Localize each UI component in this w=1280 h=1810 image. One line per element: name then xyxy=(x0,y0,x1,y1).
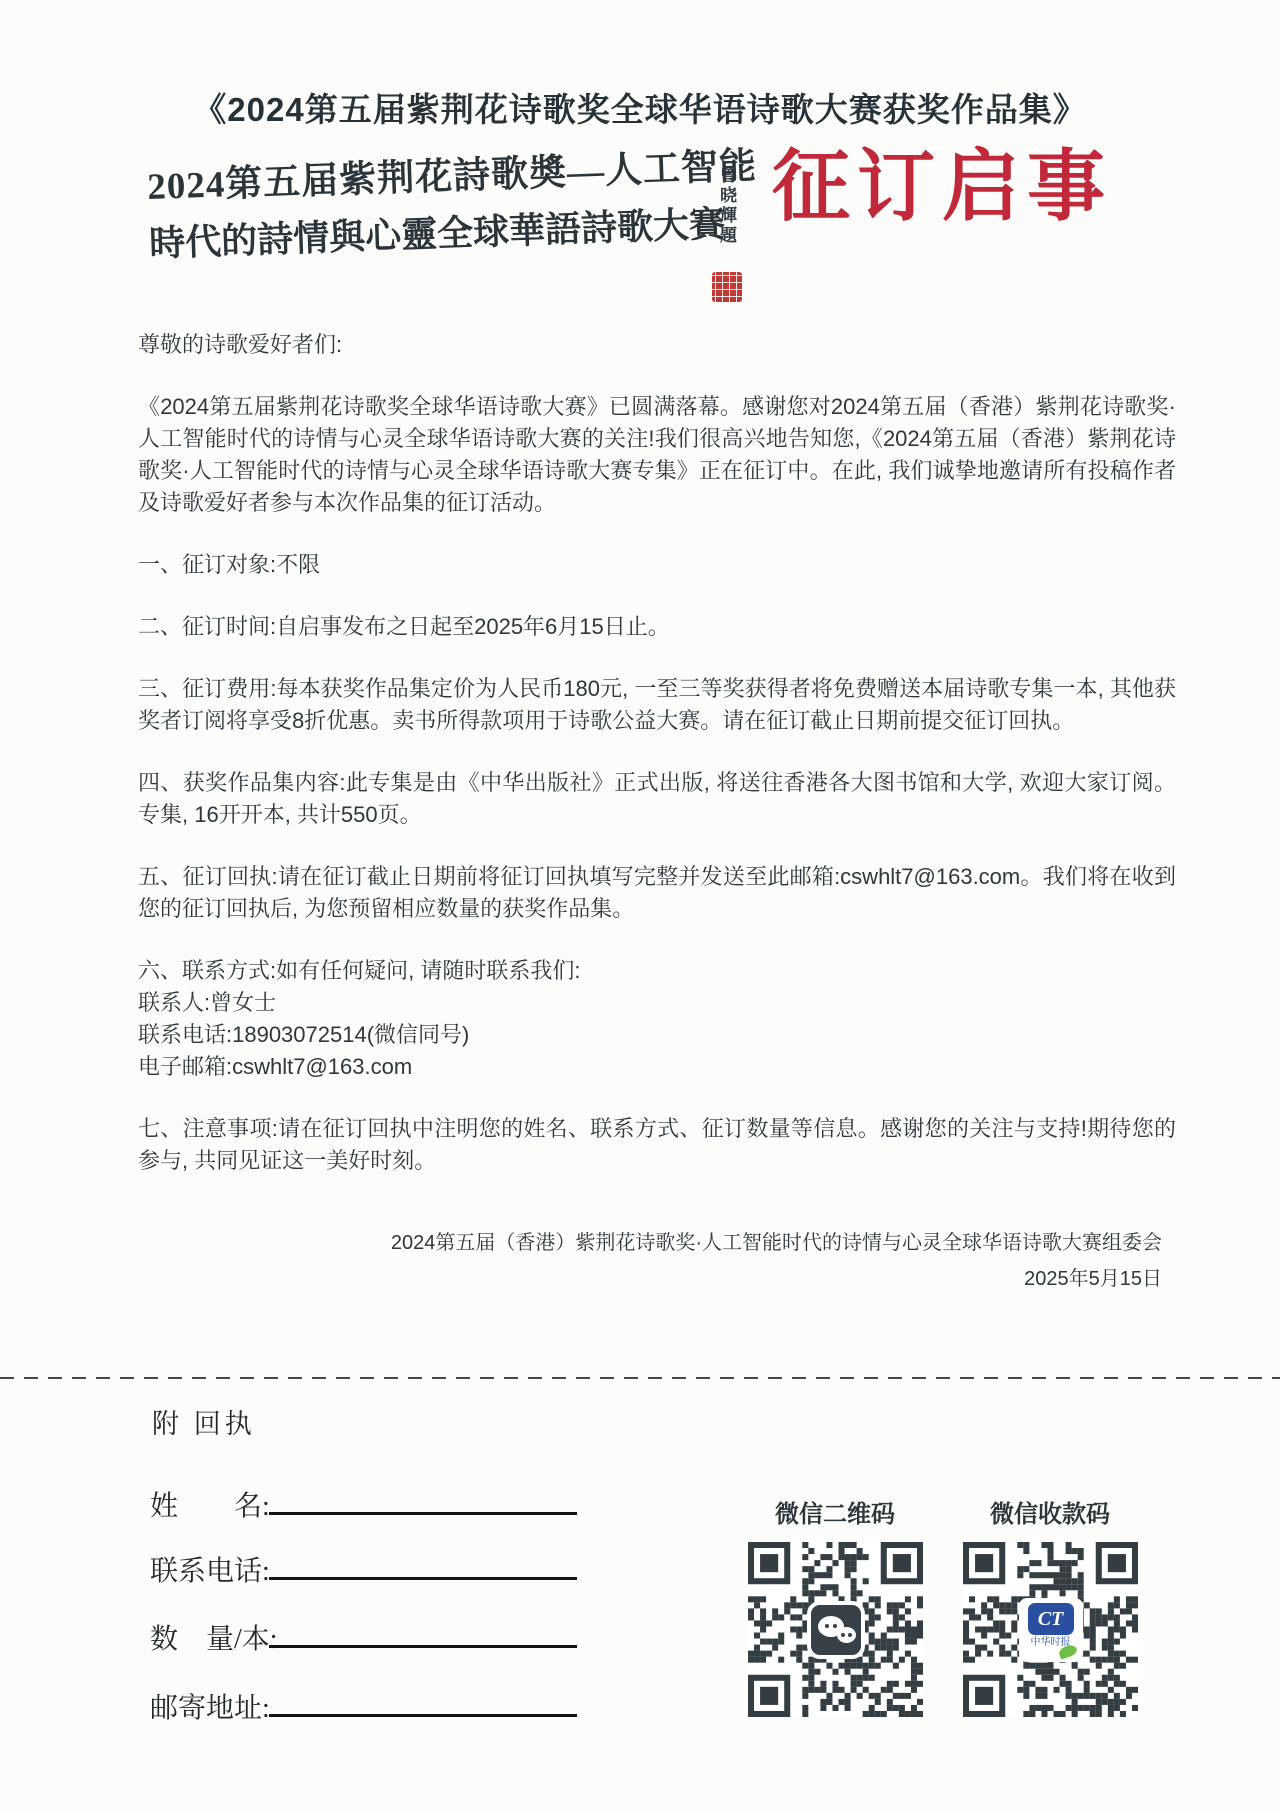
contact-phone: 联系电话:18903072514(微信同号) xyxy=(138,1019,1176,1051)
item-5-reply: 五、征订回执:请在征订截止日期前将征订回执填写完整并发送至此邮箱:cswhlt7… xyxy=(138,861,1176,925)
form-row-address: 邮寄地址: xyxy=(150,1686,620,1722)
item-7-notes: 七、注意事项:请在征订回执中注明您的姓名、联系方式、征订数量等信息。感谢您的关注… xyxy=(138,1113,1176,1177)
item-6-contact-block: 六、联系方式:如有任何疑问, 请随时联系我们: 联系人:曾女士 联系电话:189… xyxy=(138,955,1176,1083)
intro-paragraph: 《2024第五届紫荆花诗歌奖全球华语诗歌大赛》已圆满落幕。感谢您对2024第五届… xyxy=(138,391,1176,519)
address-field-label: 邮寄地址: xyxy=(150,1686,270,1726)
calligrapher-signature: 曾晓輝題 xyxy=(714,166,739,268)
sign-off-date: 2025年5月15日 xyxy=(138,1261,1162,1297)
item-2-deadline: 二、征订时间:自启事发布之日起至2025年6月15日止。 xyxy=(138,611,1176,643)
committee-name: 2024第五届（香港）紫荆花诗歌奖·人工智能时代的诗情与心灵全球华语诗歌大赛组委… xyxy=(138,1225,1162,1261)
greeting: 尊敬的诗歌爱好者们: xyxy=(138,329,1176,361)
item-3-price: 三、征订费用:每本获奖作品集定价为人民币180元, 一至三等奖获得者将免费赠送本… xyxy=(138,673,1176,737)
form-row-phone: 联系电话: xyxy=(150,1549,620,1585)
ct-media-logo-icon: CT 中华时报 xyxy=(1019,1598,1083,1662)
wechat-qr-label: 微信二维码 xyxy=(747,1494,923,1529)
form-row-quantity: 数 量/本: xyxy=(150,1617,620,1653)
phone-field-blank-line[interactable] xyxy=(269,1577,577,1580)
form-row-name: 姓 名: xyxy=(150,1484,620,1520)
contact-email: 电子邮箱:cswhlt7@163.com xyxy=(138,1051,1176,1083)
address-field-blank-line[interactable] xyxy=(269,1714,577,1717)
calligraphy-banner: 2024第五届紫荆花詩歌奬—人工智能 時代的詩情與心靈全球華語詩歌大賽 xyxy=(146,136,725,267)
quantity-field-blank-line[interactable] xyxy=(269,1645,577,1648)
wechat-bubble-small xyxy=(837,1627,856,1643)
calligrapher-seal-stamp-icon xyxy=(712,272,742,302)
tear-off-dashed-divider xyxy=(0,1377,1280,1379)
contact-person: 联系人:曾女士 xyxy=(138,987,1176,1019)
ct-logo-text: CT xyxy=(1028,1603,1074,1635)
notice-document-page: 《2024第五届紫荆花诗歌奖全球华语诗歌大赛获奖作品集》 2024第五届紫荆花詩… xyxy=(0,0,1280,1810)
wechat-payment-qr-code: CT 中华时报 xyxy=(963,1542,1138,1717)
reply-slip-title: 附 回执 xyxy=(152,1402,256,1441)
book-title: 《2024第五届紫荆花诗歌奖全球华语诗歌大赛获奖作品集》 xyxy=(0,84,1280,131)
item-1-target: 一、征订对象:不限 xyxy=(138,549,1176,581)
name-field-blank-line[interactable] xyxy=(269,1512,577,1515)
contact-title: 六、联系方式:如有任何疑问, 请随时联系我们: xyxy=(138,955,1176,987)
phone-field-label: 联系电话: xyxy=(150,1549,270,1589)
wechat-qr-code xyxy=(748,1542,923,1717)
wechat-payment-qr-label: 微信收款码 xyxy=(962,1494,1138,1529)
notice-body: 尊敬的诗歌爱好者们: 《2024第五届紫荆花诗歌奖全球华语诗歌大赛》已圆满落幕。… xyxy=(138,329,1176,1297)
wechat-icon xyxy=(807,1601,865,1659)
notice-title: 征订启事 xyxy=(772,148,1112,226)
sign-off-block: 2024第五届（香港）紫荆花诗歌奖·人工智能时代的诗情与心灵全球华语诗歌大赛组委… xyxy=(138,1225,1176,1297)
item-4-content: 四、获奖作品集内容:此专集是由《中华出版社》正式出版, 将送往香港各大图书馆和大… xyxy=(138,767,1176,831)
name-field-label: 姓 名: xyxy=(150,1484,270,1524)
quantity-field-label: 数 量/本: xyxy=(150,1617,278,1657)
